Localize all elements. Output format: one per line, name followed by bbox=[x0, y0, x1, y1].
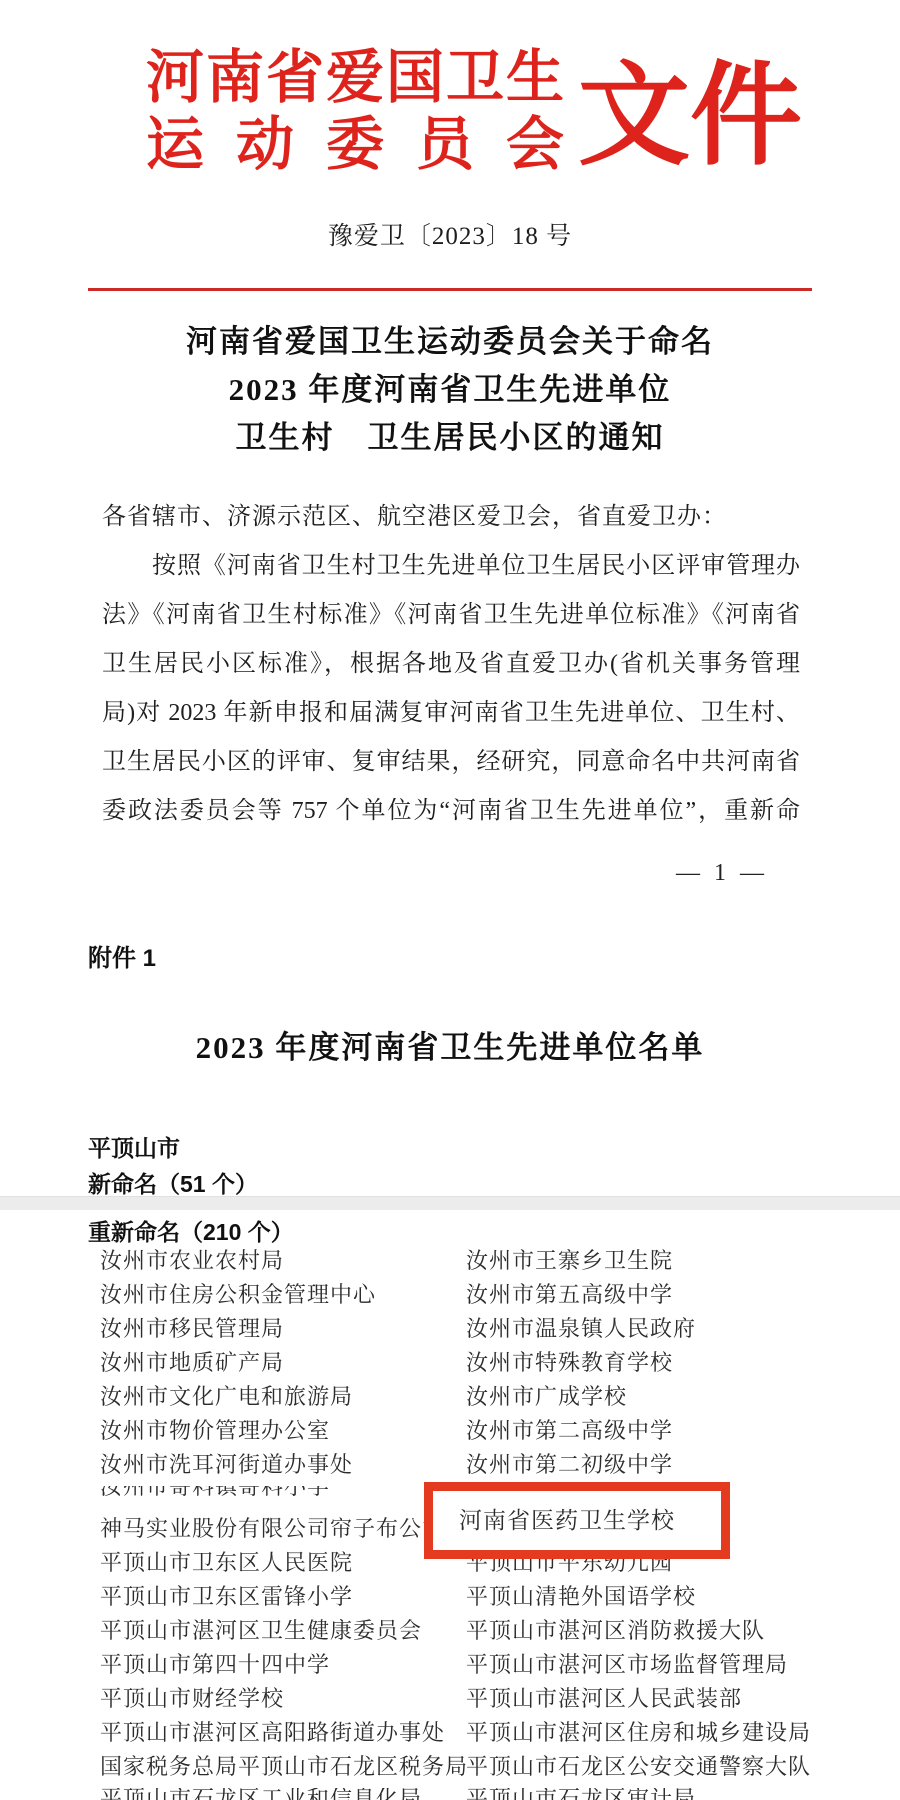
table-row: 汝州市洗耳河街道办事处 汝州市第二初级中学 bbox=[100, 1448, 812, 1482]
body-line: 卫生居民小区标准》，根据各地及省直爱卫办(省机关事务管理 bbox=[102, 643, 800, 683]
screenshot-stitch-band bbox=[0, 1196, 900, 1210]
body-line: 卫生居民小区的评审、复审结果，经研究，同意命名中共河南省 bbox=[102, 741, 800, 781]
row-left: 汝州市住房公积金管理中心 bbox=[100, 1278, 466, 1312]
letterhead: 河南省爱国卫生 运动委员会 bbox=[146, 44, 564, 178]
row-right: 汝州市广成学校 bbox=[466, 1380, 812, 1414]
row-right: 平顶山市湛河区市场监督管理局 bbox=[466, 1648, 812, 1682]
row-left: 汝州市寄料镇寄料小学 bbox=[100, 1486, 466, 1502]
notice-title-line2: 2023 年度河南省卫生先进单位 bbox=[0, 366, 900, 414]
row-left: 汝州市农业农村局 bbox=[100, 1244, 466, 1278]
table-row: 平顶山市湛河区卫生健康委员会 平顶山市湛河区消防救援大队 bbox=[100, 1614, 812, 1648]
table-row: 平顶山市第四十四中学 平顶山市湛河区市场监督管理局 bbox=[100, 1648, 812, 1682]
row-right: 平顶山市石龙区审计局 bbox=[466, 1788, 696, 1800]
table-row: 汝州市物价管理办公室 汝州市第二高级中学 bbox=[100, 1414, 812, 1448]
table-row: 汝州市文化广电和旅游局 汝州市广成学校 bbox=[100, 1380, 812, 1414]
table-row: 国家税务总局平顶山市石龙区税务局 平顶山市石龙区公安交通警察大队 bbox=[100, 1750, 812, 1784]
letterhead-org-line2: 运动委员会 bbox=[146, 111, 564, 178]
row-left: 汝州市地质矿产局 bbox=[100, 1346, 466, 1380]
body-line: 局)对 2023 年新申报和届满复审河南省卫生先进单位、卫生村、 bbox=[102, 692, 800, 732]
table-row-clipped: 平顶山市石龙区工业和信息化局 平顶山市石龙区审计局 bbox=[100, 1782, 812, 1800]
table-row: 汝州市移民管理局 汝州市温泉镇人民政府 bbox=[100, 1312, 812, 1346]
group-renamed: 重新命名（210 个） bbox=[88, 1214, 294, 1247]
highlight-annotation-box: 河南省医药卫生学校 bbox=[424, 1482, 730, 1559]
city-heading: 平顶山市 bbox=[88, 1130, 180, 1163]
row-left: 平顶山市石龙区工业和信息化局 bbox=[100, 1788, 466, 1800]
table-row: 汝州市农业农村局 汝州市王寨乡卫生院 bbox=[100, 1244, 812, 1278]
table-row: 平顶山市财经学校 平顶山市湛河区人民武装部 bbox=[100, 1682, 812, 1716]
row-right: 平顶山市湛河区人民武装部 bbox=[466, 1682, 812, 1716]
body-line: 法》《河南省卫生村标准》《河南省卫生先进单位标准》《河南省 bbox=[102, 594, 800, 634]
row-right: 汝州市温泉镇人民政府 bbox=[466, 1312, 812, 1346]
salutation: 各省辖市、济源示范区、航空港区爱卫会，省直爱卫办： bbox=[102, 496, 822, 531]
page-number: — 1 — bbox=[102, 860, 768, 887]
row-right: 汝州市第二初级中学 bbox=[466, 1448, 812, 1482]
row-left: 平顶山市湛河区高阳路街道办事处 bbox=[100, 1716, 466, 1750]
notice-title-line3: 卫生村 卫生居民小区的通知 bbox=[0, 414, 900, 462]
table-row: 汝州市住房公积金管理中心 汝州市第五高级中学 bbox=[100, 1278, 812, 1312]
row-left: 神马实业股份有限公司帘子布公司 bbox=[100, 1512, 466, 1546]
table-row: 汝州市地质矿产局 汝州市特殊教育学校 bbox=[100, 1346, 812, 1380]
row-right: 汝州市王寨乡卫生院 bbox=[466, 1244, 812, 1278]
body-line: 按照《河南省卫生村卫生先进单位卫生居民小区评审管理办 bbox=[102, 545, 800, 585]
row-right: 平顶山市湛河区消防救援大队 bbox=[466, 1614, 812, 1648]
row-right: 汝州市第二高级中学 bbox=[466, 1414, 812, 1448]
row-left: 平顶山市卫东区人民医院 bbox=[100, 1546, 466, 1580]
document-page: 河南省爱国卫生 运动委员会 文件 豫爱卫〔2023〕18 号 河南省爱国卫生运动… bbox=[0, 0, 900, 1800]
row-left: 汝州市洗耳河街道办事处 bbox=[100, 1448, 466, 1482]
attachment-label: 附件 1 bbox=[88, 938, 156, 973]
letterhead-org-line1: 河南省爱国卫生 bbox=[146, 44, 564, 111]
row-right: 平顶山市石龙区公安交通警察大队 bbox=[466, 1750, 812, 1784]
red-divider-rule bbox=[88, 288, 812, 291]
row-left: 平顶山市湛河区卫生健康委员会 bbox=[100, 1614, 466, 1648]
group-newly-named: 新命名（51 个） bbox=[88, 1166, 258, 1199]
table-row: 平顶山市卫东区雷锋小学 平顶山清艳外国语学校 bbox=[100, 1580, 812, 1614]
row-left: 汝州市物价管理办公室 bbox=[100, 1414, 466, 1448]
table-row: 平顶山市湛河区高阳路街道办事处 平顶山市湛河区住房和城乡建设局 bbox=[100, 1716, 812, 1750]
row-right: 平顶山市湛河区住房和城乡建设局 bbox=[466, 1716, 812, 1750]
attachment-title: 2023 年度河南省卫生先进单位名单 bbox=[0, 1022, 900, 1067]
notice-title: 河南省爱国卫生运动委员会关于命名 2023 年度河南省卫生先进单位 卫生村 卫生… bbox=[0, 318, 900, 462]
row-left: 国家税务总局平顶山市石龙区税务局 bbox=[100, 1750, 466, 1784]
document-number: 豫爱卫〔2023〕18 号 bbox=[0, 216, 900, 252]
notice-title-line1: 河南省爱国卫生运动委员会关于命名 bbox=[0, 318, 900, 366]
row-right: 平顶山清艳外国语学校 bbox=[466, 1580, 812, 1614]
row-left: 平顶山市财经学校 bbox=[100, 1682, 466, 1716]
letterhead-doc-word: 文件 bbox=[578, 52, 818, 182]
highlighted-unit-name: 河南省医药卫生学校 bbox=[433, 1491, 721, 1550]
row-left: 汝州市文化广电和旅游局 bbox=[100, 1380, 466, 1414]
row-right: 汝州市特殊教育学校 bbox=[466, 1346, 812, 1380]
row-right: 汝州市第五高级中学 bbox=[466, 1278, 812, 1312]
row-left: 平顶山市第四十四中学 bbox=[100, 1648, 466, 1682]
row-left: 平顶山市卫东区雷锋小学 bbox=[100, 1580, 466, 1614]
body-line: 委政法委员会等 757 个单位为“河南省卫生先进单位”，重新命 bbox=[102, 790, 800, 830]
row-left: 汝州市移民管理局 bbox=[100, 1312, 466, 1346]
